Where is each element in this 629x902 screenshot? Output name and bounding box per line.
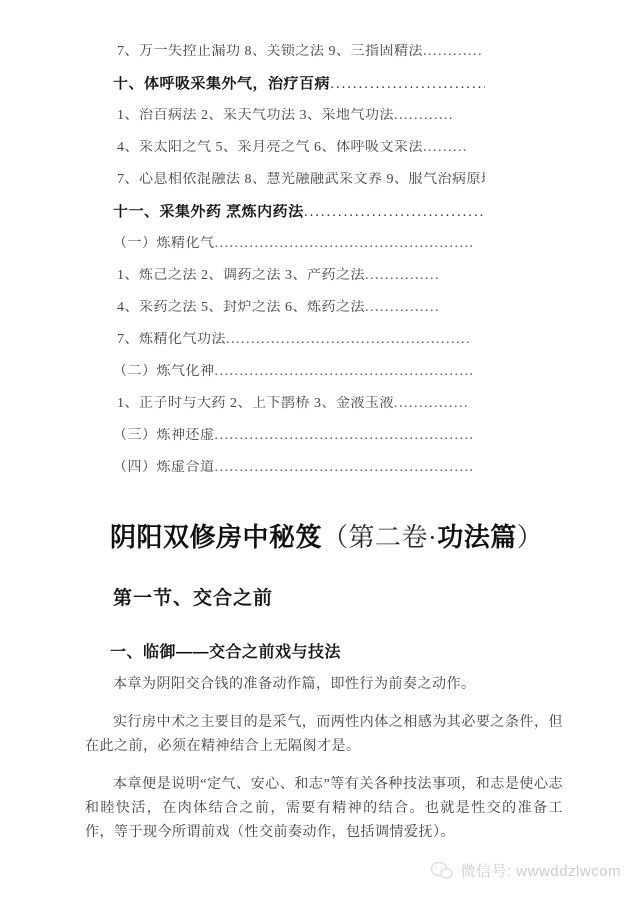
toc-entry-text: 1、炼己之法 2、调药之法 3、产药之法 (117, 268, 365, 283)
watermark-text: 微信号: wwwddzlwcom (460, 860, 621, 881)
toc-entry-text: （三）炼神还虚 (113, 428, 215, 443)
book-title-volume-open: （第二卷· (322, 523, 437, 552)
toc-entry: 7、炼精化气功法................................… (113, 332, 485, 348)
toc-entry: 1、治百病法 2、采天气功法 3、采地气功法............ (113, 108, 485, 124)
toc-entry: （二）炼气化神.................................… (113, 364, 485, 380)
toc-entry-text: 十、体呼吸采集外气，治疗百病 (113, 76, 330, 92)
book-title: 阴阳双修房中秘笈（第二卷·功法篇） (110, 521, 590, 554)
toc-section-heading: 十、体呼吸采集外气，治疗百病..........................… (113, 76, 485, 92)
toc-dot-leader: ....................................... (330, 76, 485, 92)
toc-dot-leader: ........................................… (215, 460, 475, 475)
wechat-icon (430, 861, 454, 881)
toc-dot-leader: ............ (423, 44, 483, 59)
toc-entry-text: 1、治百病法 2、采天气功法 3、采地气功法 (117, 108, 394, 123)
toc-entry: 7、万一失控止漏功 8、关锁之法 9、三指固精法............ (113, 44, 485, 60)
toc-entry-text: 4、采太阳之气 5、采月亮之气 6、体呼吸文采法 (117, 140, 423, 155)
toc-entry: （四）炼虚合道.................................… (113, 460, 485, 476)
book-title-main: 阴阳双修房中秘笈 (110, 522, 322, 552)
toc-section-heading: 十一、采集外药 烹炼内药法...........................… (113, 204, 485, 220)
document-page: 7、万一失控止漏功 8、关锁之法 9、三指固精法............ 十、体… (0, 0, 629, 902)
toc-entry-text: 7、心息相依混融法 8、慧光融融武采文养 9、服气治病原理篇 (117, 172, 485, 187)
toc-entry-text: 4、采药之法 5、封炉之法 6、炼药之法 (117, 300, 365, 315)
book-title-volume-close: ） (517, 523, 544, 552)
toc-dot-leader: ........................................… (304, 204, 485, 220)
toc-entry: 7、心息相依混融法 8、慧光融融武采文养 9、服气治病原理篇...... (113, 172, 485, 188)
toc-dot-leader: ............ (394, 108, 454, 123)
toc-entry-text: 十一、采集外药 烹炼内药法 (113, 204, 304, 220)
table-of-contents: 7、万一失控止漏功 8、关锁之法 9、三指固精法............ 十、体… (113, 44, 485, 492)
toc-entry: （三）炼神还虚.................................… (113, 428, 485, 444)
sub-heading: 一、临御——交合之前戏与技法 (110, 639, 341, 662)
paragraph: 本章便是说明“定气、安心、和志”等有关各种技法事项，和志是使心志和睦快活，在肉体… (85, 773, 563, 845)
section-heading: 第一节、交合之前 (113, 583, 273, 610)
toc-dot-leader: ........................................… (215, 428, 475, 443)
toc-entry-text: （二）炼气化神 (113, 364, 215, 379)
body-text: 本章为阴阳交合钱的准备动作篇，即性行为前奏之动作。 实行房中术之主要目的是采气，… (85, 673, 563, 859)
toc-entry-text: 7、炼精化气功法 (117, 332, 226, 347)
toc-entry: （一）炼精化气.................................… (113, 236, 485, 252)
toc-dot-leader: ........................................… (215, 236, 475, 251)
toc-entry: 1、正子时与大药 2、上下鹊桥 3、金液玉液............... (113, 396, 485, 412)
book-title-volume-name: 功法篇 (437, 522, 517, 552)
toc-dot-leader: ........................................… (215, 364, 475, 379)
toc-dot-leader: ............... (394, 396, 469, 411)
toc-entry-text: 7、万一失控止漏功 8、关锁之法 9、三指固精法 (117, 44, 423, 59)
toc-entry-text: 1、正子时与大药 2、上下鹊桥 3、金液玉液 (117, 396, 394, 411)
toc-entry: 1、炼己之法 2、调药之法 3、产药之法............... (113, 268, 485, 284)
toc-entry: 4、采药之法 5、封炉之法 6、炼药之法............... (113, 300, 485, 316)
paragraph: 实行房中术之主要目的是采气，而两性内体之相感为其必要之条件，但在此之前，必须在精… (85, 711, 563, 759)
toc-dot-leader: ............... (365, 268, 440, 283)
toc-entry-text: （四）炼虚合道 (113, 460, 215, 475)
toc-dot-leader: ........................................… (226, 332, 471, 347)
toc-entry: 4、采太阳之气 5、采月亮之气 6、体呼吸文采法......... (113, 140, 485, 156)
toc-dot-leader: ......... (423, 140, 468, 155)
watermark: 微信号: wwwddzlwcom (430, 860, 621, 881)
paragraph: 本章为阴阳交合钱的准备动作篇，即性行为前奏之动作。 (85, 673, 563, 697)
toc-dot-leader: ............... (365, 300, 440, 315)
toc-entry-text: （一）炼精化气 (113, 236, 215, 251)
